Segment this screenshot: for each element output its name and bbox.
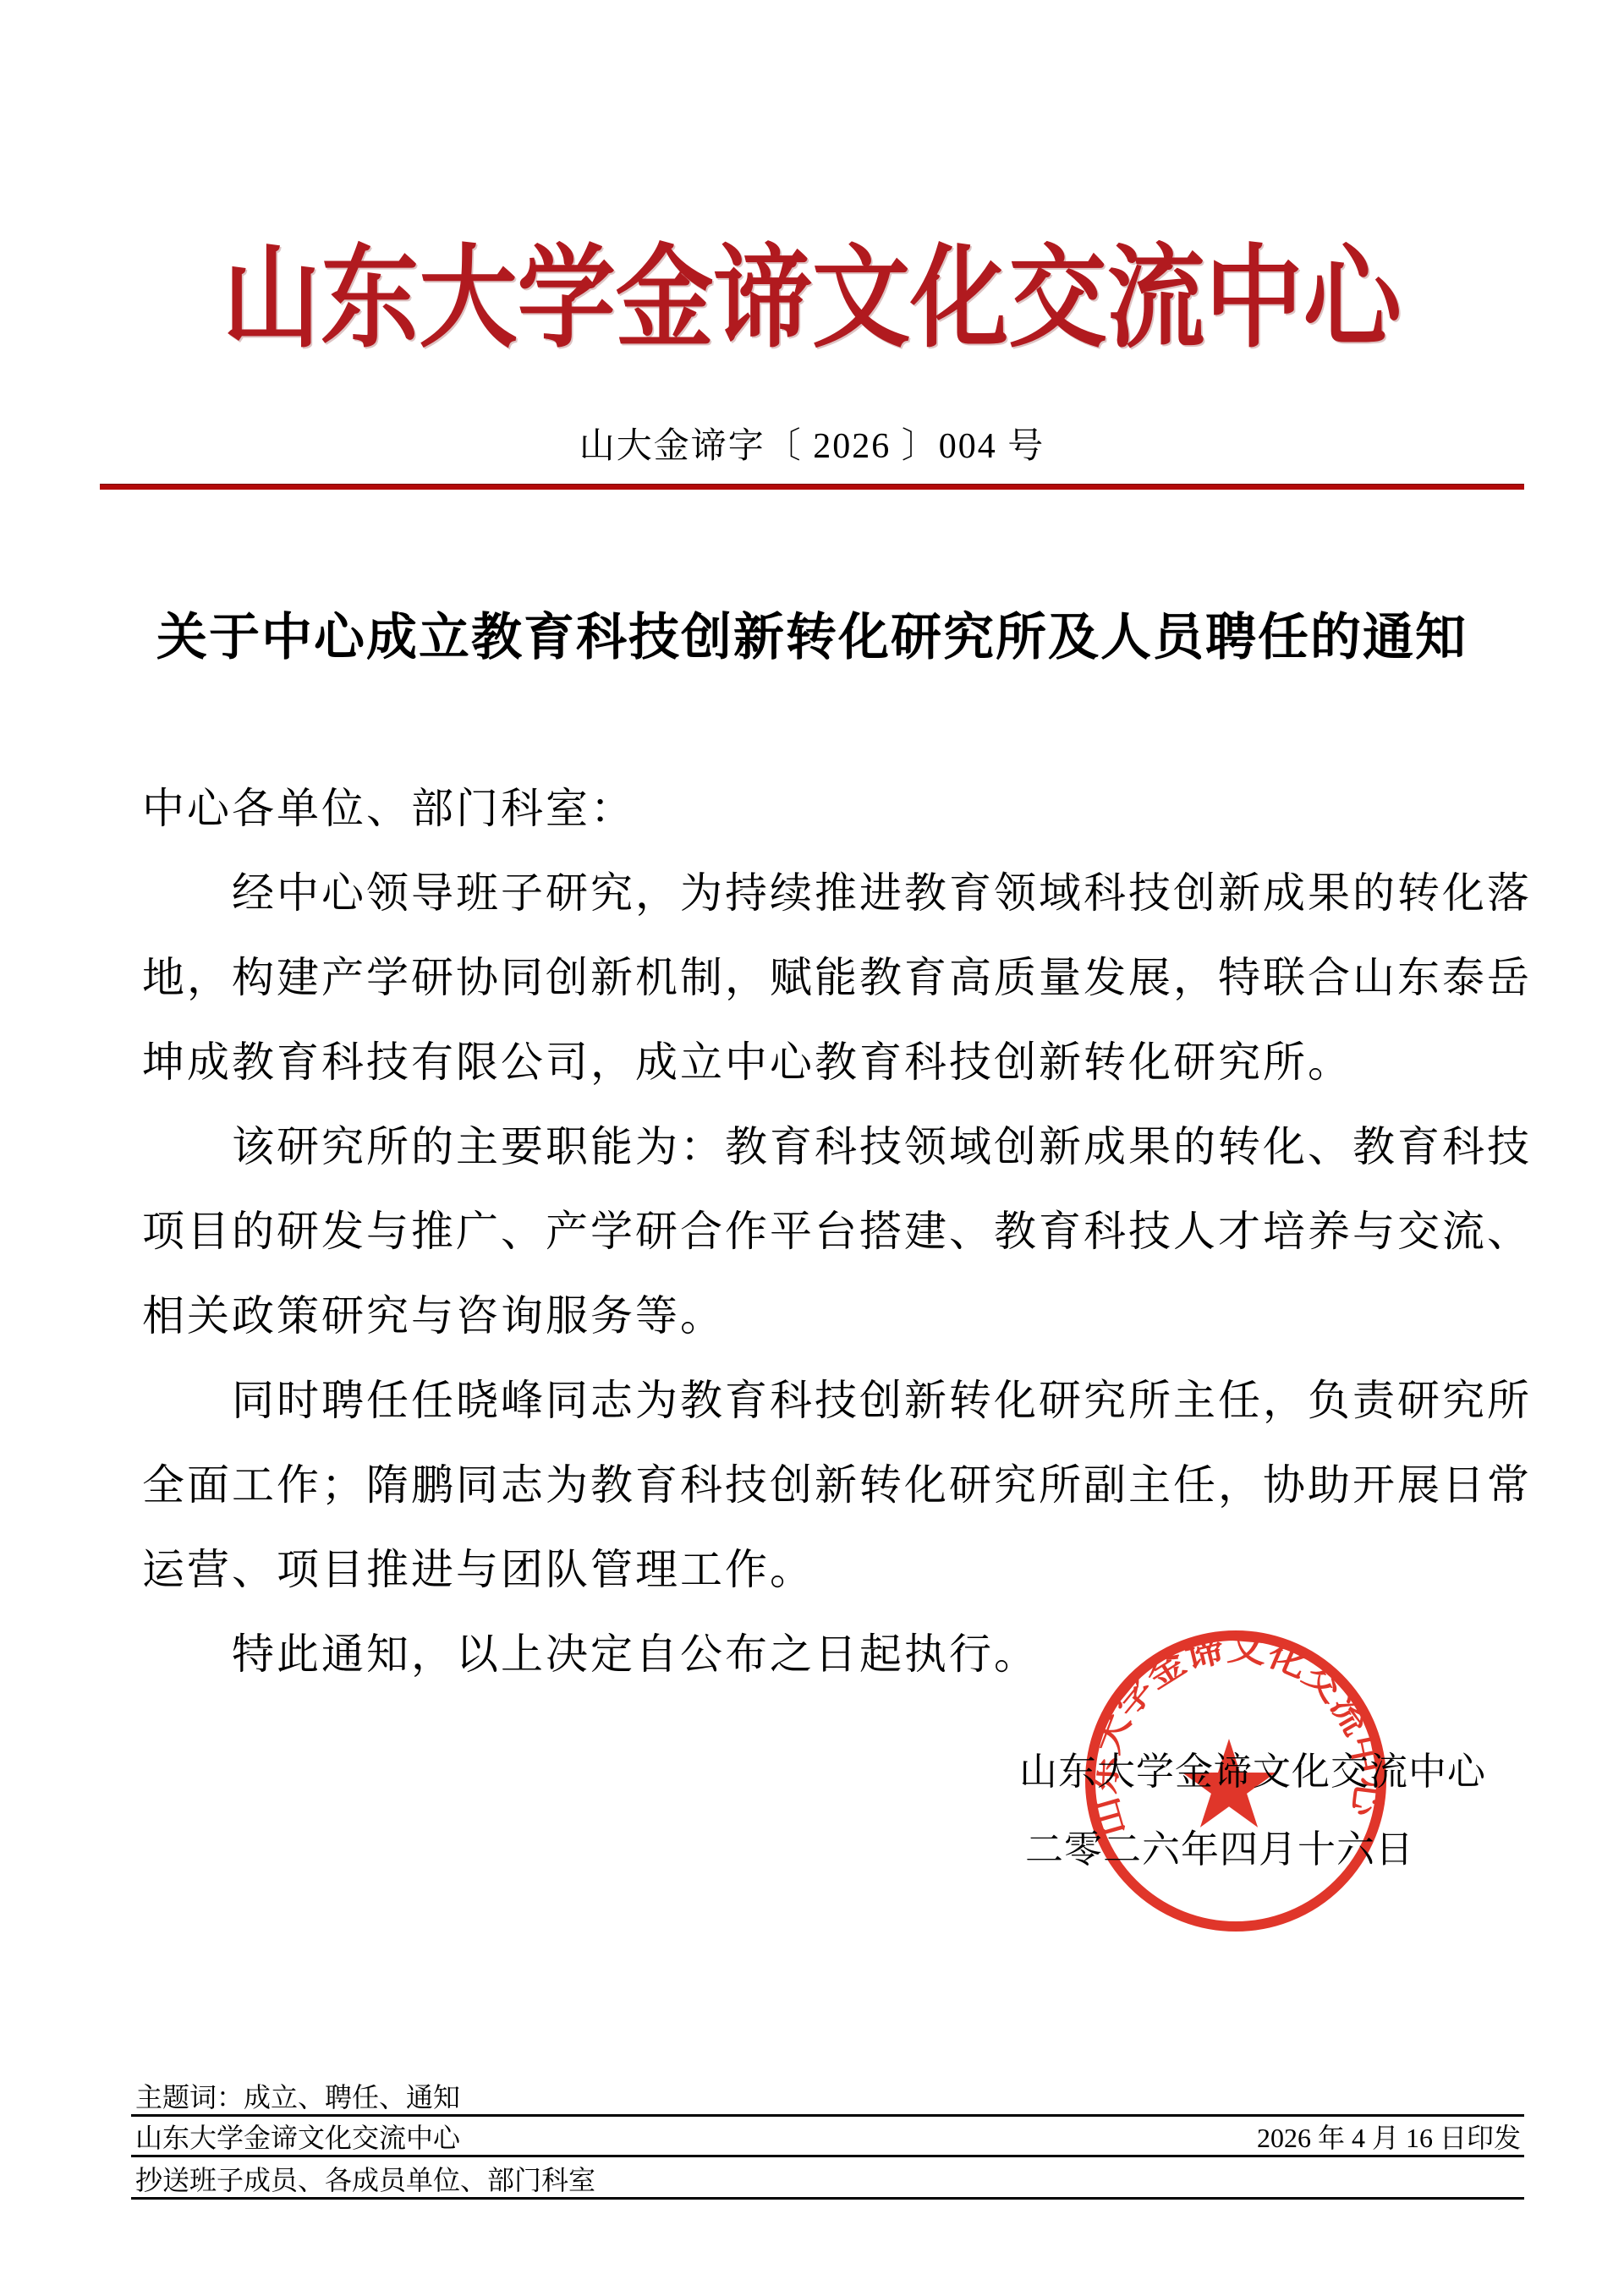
footer-print-date: 2026 年 4 月 16 日印发 <box>1257 2118 1524 2155</box>
official-document-page: 山东大学金谛文化交流中心 山大金谛字〔 2026 〕004 号 关于中心成立教育… <box>0 0 1624 2296</box>
body-text: 中心各单位、部门科室： 经中心领导班子研究，为持续推进教育领域科技创新成果的转化… <box>142 766 1529 1696</box>
body-line: 经中心领导班子研究，为持续推进教育领域科技创新成果的转化落 <box>142 851 1529 935</box>
footer-cc-row: 抄送班子成员、各成员单位、部门科室 <box>131 2160 1524 2200</box>
footer-cc-text: 抄送班子成员、各成员单位、部门科室 <box>131 2165 595 2195</box>
body-line: 地，构建产学研协同创新机制，赋能教育高质量发展，特联合山东泰岳 <box>142 935 1529 1020</box>
body-line: 相关政策研究与咨询服务等。 <box>142 1274 1529 1358</box>
body-line: 运营、项目推进与团队管理工作。 <box>142 1527 1529 1612</box>
footer-issuer-text: 山东大学金谛文化交流中心 <box>131 2118 460 2155</box>
body-line: 坤成教育科技有限公司，成立中心教育科技创新转化研究所。 <box>142 1020 1529 1104</box>
notice-title: 关于中心成立教育科技创新转化研究所及人员聘任的通知 <box>0 597 1624 670</box>
body-line: 该研究所的主要职能为：教育科技领域创新成果的转化、教育科技 <box>142 1104 1529 1189</box>
signature-org: 山东大学金谛文化交流中心 <box>1019 1740 1486 1795</box>
footer-subject-row: 主题词：成立、聘任、通知 <box>131 2081 1524 2117</box>
doc-number: 山大金谛字〔 2026 〕004 号 <box>0 418 1624 469</box>
red-header-rule <box>100 484 1524 490</box>
body-line: 项目的研发与推广、产学研合作平台搭建、教育科技人才培养与交流、 <box>142 1189 1529 1274</box>
body-line: 同时聘任任晓峰同志为教育科技创新转化研究所主任，负责研究所 <box>142 1358 1529 1443</box>
footer-subject-text: 主题词：成立、聘任、通知 <box>131 2082 460 2112</box>
org-title: 山东大学金谛文化交流中心 <box>97 208 1527 369</box>
footer-issuer-row: 山东大学金谛文化交流中心 2026 年 4 月 16 日印发 <box>131 2118 1524 2157</box>
signature-date: 二零二六年四月十六日 <box>1025 1818 1414 1873</box>
body-line: 全面工作；隋鹏同志为教育科技创新转化研究所副主任，协助开展日常 <box>142 1443 1529 1527</box>
body-line: 中心各单位、部门科室： <box>142 766 1529 851</box>
